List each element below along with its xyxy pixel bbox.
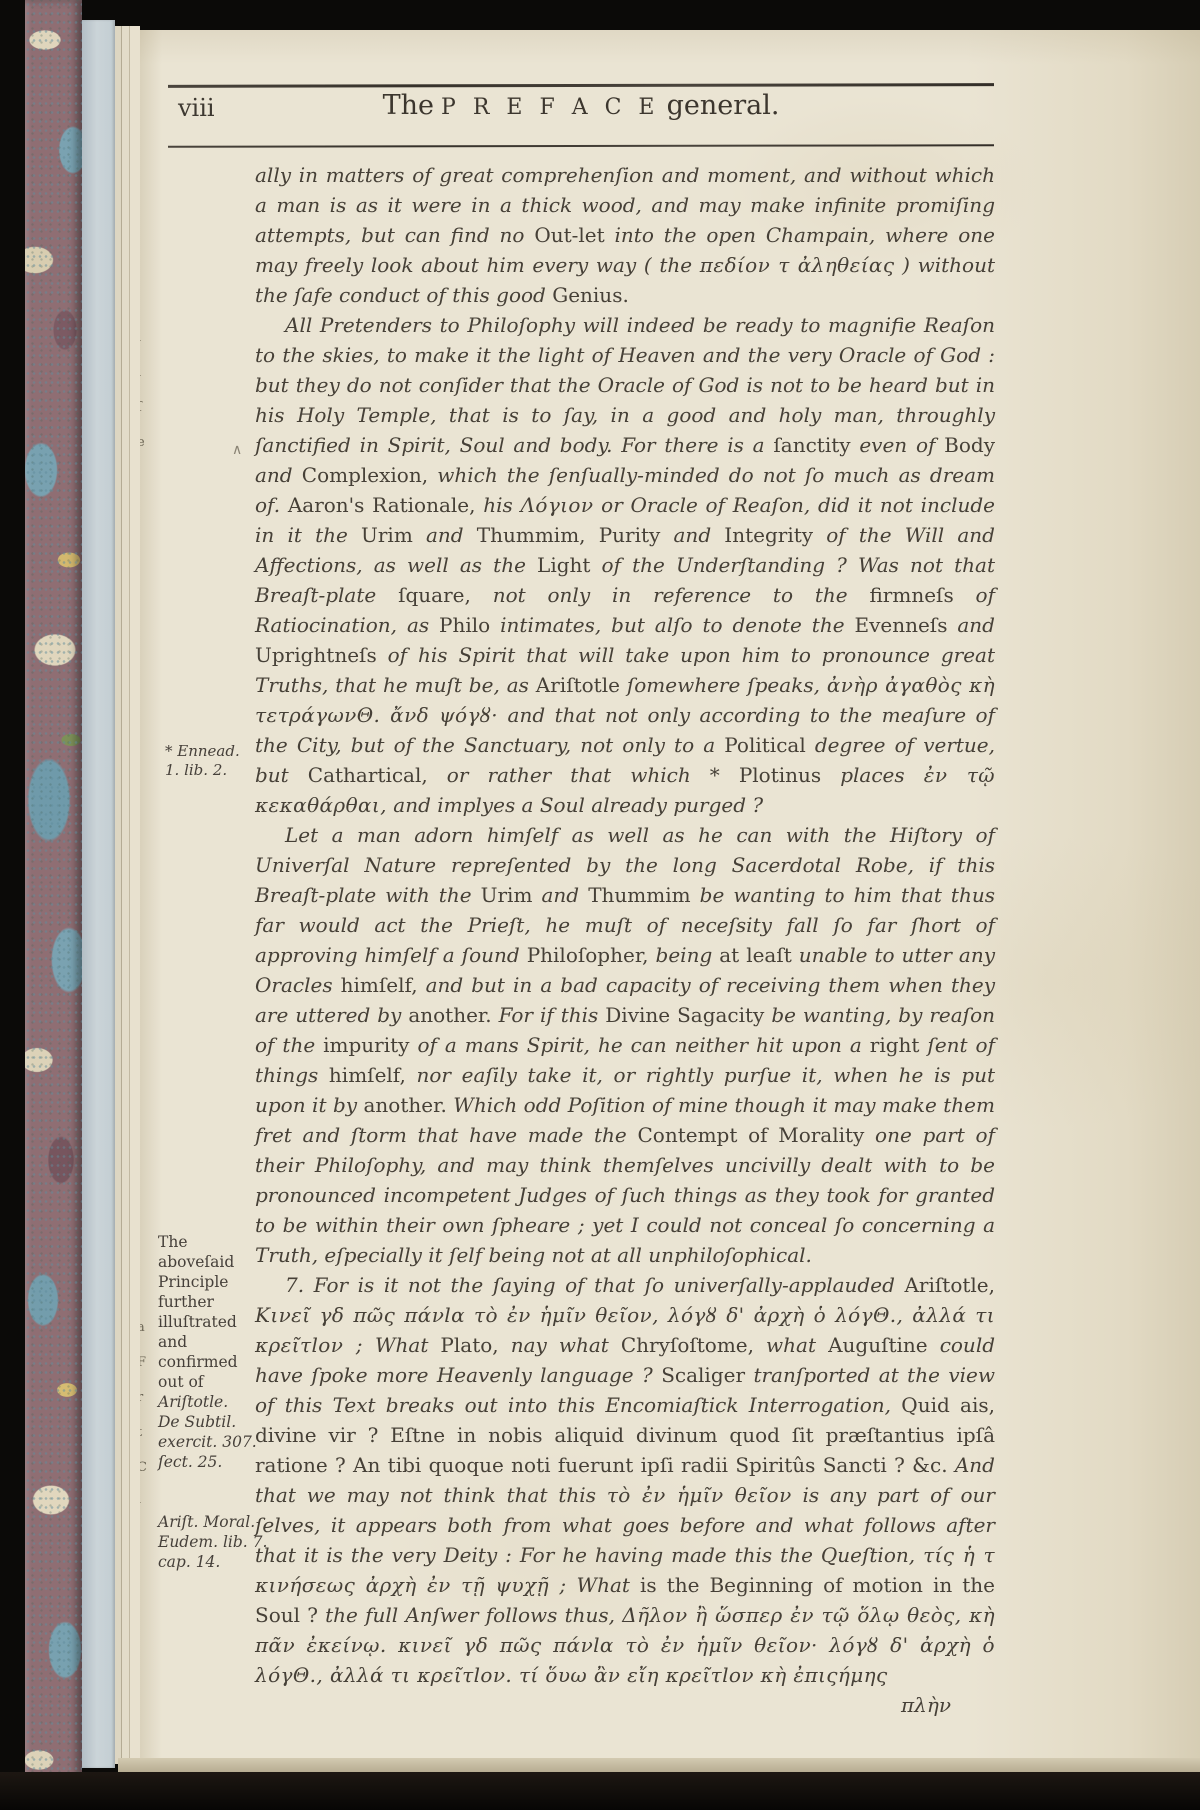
margin-note-aristotle-ref: De Subtil. exercit. 307. ſect. 25. xyxy=(158,1412,260,1472)
margin-note-ennead: * Ennead. 1. lib. 2. xyxy=(165,742,247,780)
book-scan-scene: viii The P R E F A C E general. ally in … xyxy=(0,0,1200,1810)
running-title-post: general. xyxy=(667,90,780,121)
running-title: The P R E F A C E general. xyxy=(168,90,994,121)
stacked-page-edges xyxy=(115,26,140,1764)
paragraph-3: Let a man adorn himſelf as well as he ca… xyxy=(255,820,995,1270)
margin-note-aristotle-intro: The aboveſaid Principle further illuſtra… xyxy=(158,1233,238,1391)
fore-edge-fragment: l xyxy=(140,330,149,345)
stray-caret-mark: ∧ xyxy=(232,442,242,458)
marbled-board-edge xyxy=(25,0,82,1810)
fore-edge-fragment: a xyxy=(140,1320,149,1335)
fore-edge-fragment: r xyxy=(140,1390,149,1405)
running-title-pre: The xyxy=(383,90,434,121)
fore-edge-fragment: e xyxy=(140,435,149,450)
paragraph-2: All Pretenders to Philoſophy will indeed… xyxy=(255,310,995,820)
flyleaf-page-edge xyxy=(82,20,115,1768)
fore-edge-fragment: t xyxy=(140,1425,149,1440)
book-page: viii The P R E F A C E general. ally in … xyxy=(140,30,1200,1760)
header-rule-bottom xyxy=(168,144,994,147)
fore-edge-fragment: C xyxy=(140,1460,149,1475)
margin-note-aristotle-source: Ariſtotle. xyxy=(158,1393,228,1411)
fore-edge-fragment: l xyxy=(140,1492,149,1507)
running-title-caps: P R E F A C E xyxy=(439,95,661,120)
paragraph-1: ally in matters of great comprehenſion a… xyxy=(255,160,995,310)
page-bottom-edge xyxy=(118,1758,1200,1772)
fore-edge-fragment: i xyxy=(140,365,149,380)
catchword: πλὴν xyxy=(255,1690,995,1722)
body-text-column: ally in matters of great comprehenſion a… xyxy=(255,160,995,1722)
margin-note-eudemian: Ariſt. Moral. Eudem. lib. 7. cap. 14. xyxy=(158,1512,270,1572)
fore-edge-fragment: ſ xyxy=(140,400,149,415)
bottom-board-shadow xyxy=(0,1772,1200,1810)
header-rule-top xyxy=(168,83,994,88)
paragraph-4: 7. For is it not the ſaying of that ſo u… xyxy=(255,1270,995,1690)
fore-edge-fragment: F xyxy=(140,1355,149,1370)
margin-note-aristotle: The aboveſaid Principle further illuſtra… xyxy=(158,1232,260,1472)
